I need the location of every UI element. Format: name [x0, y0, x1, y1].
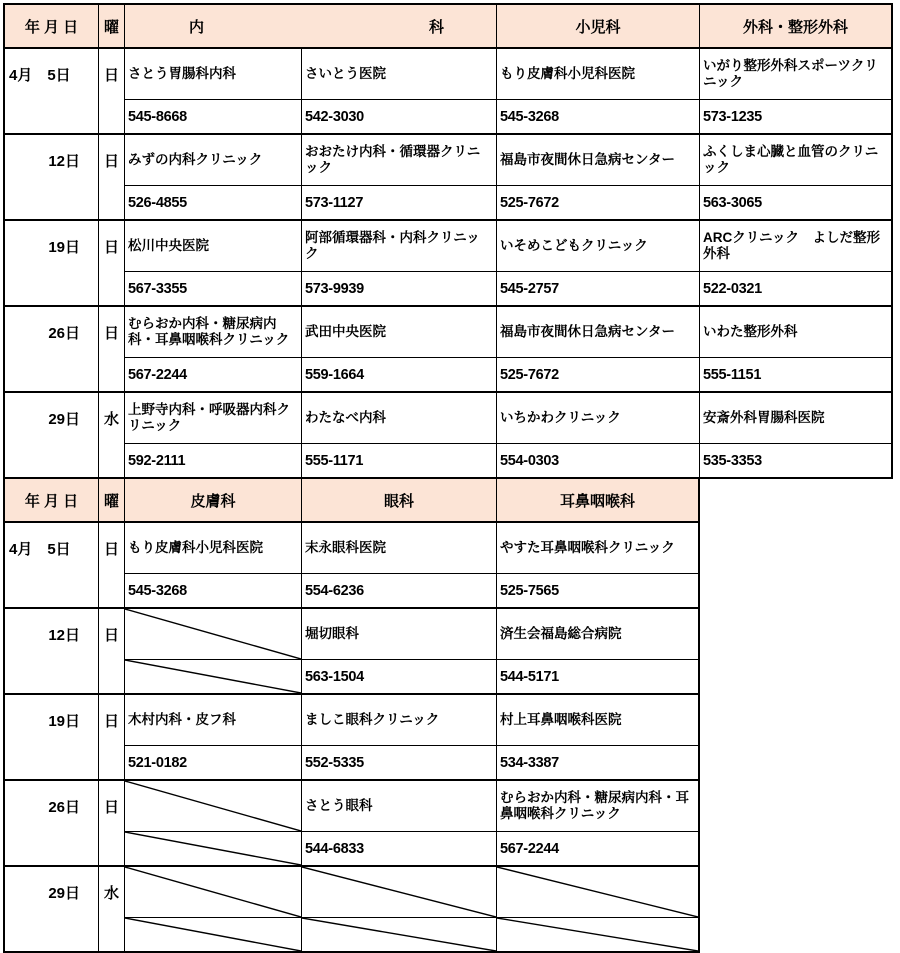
table-row-apr5: 4月 5日 日 さとう胃腸科内科 さいとう医院 もり皮膚科小児科医院 いがり整形…	[5, 49, 891, 133]
table2-header-row: 年 月 日 曜 皮膚科 眼科 耳鼻咽喉科	[5, 479, 698, 523]
clinic-phone-cell: 545-3268	[124, 573, 301, 607]
clinic-name-cell: おおたけ内科・循環器クリニック	[301, 135, 496, 185]
holiday-duty-doctor-schedule-page: 年 月 日 曜 内 科 小児科 外科・整形外科 4月 5日 日 さとう胃腸科内科…	[0, 0, 900, 932]
clinic-phone-cell: 592-2111	[124, 443, 301, 477]
clinic-phone-cell: 567-2244	[124, 357, 301, 391]
clinic-phone-cell: 563-3065	[699, 185, 891, 219]
clinic-phone-cell: 573-9939	[301, 271, 496, 305]
table-row-apr5: 4月 5日 日 もり皮膚科小児科医院 末永眼科医院 やすた耳鼻咽喉科クリニック …	[5, 523, 698, 607]
day-cell: 日	[98, 523, 124, 607]
clinic-phone-cell: 563-1504	[301, 659, 496, 693]
clinic-name-cell: いがり整形外科スポーツクリニック	[699, 49, 891, 99]
date-cell: 26日	[5, 781, 98, 865]
header-internal-medicine-left-char: 内	[189, 16, 204, 37]
clinic-phone-cell: 545-3268	[496, 99, 699, 133]
clinic-phone-cell: 522-0321	[699, 271, 891, 305]
empty-cell	[124, 917, 301, 951]
empty-cell	[124, 659, 301, 693]
date-cell: 4月 5日	[5, 523, 98, 607]
clinic-name-cell: 木村内科・皮フ科	[124, 695, 301, 745]
clinic-phone-cell: 534-3387	[496, 745, 698, 779]
header-internal-medicine-right-char: 科	[429, 16, 444, 37]
empty-cell	[496, 917, 698, 951]
date-cell: 19日	[5, 695, 98, 779]
empty-cell-slash	[125, 867, 301, 917]
header-internal-medicine: 内 科	[124, 5, 496, 47]
date-cell: 26日	[5, 307, 98, 391]
table-row-apr29: 29日 水 上野寺内科・呼吸器内科クリニック わたなべ内科 いちかわクリニック …	[5, 391, 891, 477]
clinic-name-cell: さいとう医院	[301, 49, 496, 99]
empty-cell	[124, 781, 301, 831]
header-date: 年 月 日	[5, 5, 98, 47]
table1-header-row: 年 月 日 曜 内 科 小児科 外科・整形外科	[5, 5, 891, 49]
clinic-name-cell: 安斎外科胃腸科医院	[699, 393, 891, 443]
clinic-phone-cell: 525-7565	[496, 573, 698, 607]
clinic-phone-cell: 525-7672	[496, 185, 699, 219]
clinic-name-cell: 武田中央医院	[301, 307, 496, 357]
header-day-of-week: 曜	[98, 479, 124, 521]
empty-cell	[301, 917, 496, 951]
table-row-apr29: 29日 水	[5, 865, 698, 951]
clinic-phone-cell: 544-6833	[301, 831, 496, 865]
clinic-name-cell: 末永眼科医院	[301, 523, 496, 573]
clinic-phone-cell: 542-3030	[301, 99, 496, 133]
clinic-name-cell: ARCクリニック よしだ整形外科	[699, 221, 891, 271]
clinic-phone-cell: 554-0303	[496, 443, 699, 477]
clinic-name-cell: むらおか内科・糖尿病内科・耳鼻咽喉科クリニック	[124, 307, 301, 357]
clinic-name-cell: ふくしま心臓と血管のクリニック	[699, 135, 891, 185]
day-cell: 日	[98, 609, 124, 693]
date-cell: 19日	[5, 221, 98, 305]
clinic-name-cell: 済生会福島総合病院	[496, 609, 698, 659]
empty-cell	[124, 867, 301, 917]
clinic-phone-cell: 544-5171	[496, 659, 698, 693]
clinic-name-cell: さとう胃腸科内科	[124, 49, 301, 99]
empty-cell-slash	[497, 918, 698, 951]
clinic-phone-cell: 554-6236	[301, 573, 496, 607]
empty-cell-slash	[302, 918, 496, 951]
date-cell: 12日	[5, 609, 98, 693]
clinic-name-cell: 松川中央医院	[124, 221, 301, 271]
clinic-name-cell: 福島市夜間休日急病センター	[496, 307, 699, 357]
clinic-name-cell: 村上耳鼻咽喉科医院	[496, 695, 698, 745]
clinic-name-cell: さとう眼科	[301, 781, 496, 831]
empty-cell-slash	[497, 867, 698, 917]
day-cell: 日	[98, 781, 124, 865]
empty-cell	[496, 867, 698, 917]
table-row-apr19: 19日 日 松川中央医院 阿部循環器科・内科クリニック いそめこどもクリニック …	[5, 219, 891, 305]
clinic-phone-cell: 526-4855	[124, 185, 301, 219]
clinic-name-cell: もり皮膚科小児科医院	[124, 523, 301, 573]
clinic-name-cell: 堀切眼科	[301, 609, 496, 659]
clinic-name-cell: ましこ眼科クリニック	[301, 695, 496, 745]
clinic-name-cell: 上野寺内科・呼吸器内科クリニック	[124, 393, 301, 443]
clinic-phone-cell: 559-1664	[301, 357, 496, 391]
header-surgery-orthopedics: 外科・整形外科	[699, 5, 891, 47]
header-ophthalmology: 眼科	[301, 479, 496, 521]
table-row-apr12: 12日 日 みずの内科クリニック おおたけ内科・循環器クリニック 福島市夜間休日…	[5, 133, 891, 219]
header-day-of-week: 曜	[98, 5, 124, 47]
date-cell: 29日	[5, 393, 98, 477]
clinic-phone-cell: 545-2757	[496, 271, 699, 305]
day-cell: 日	[98, 49, 124, 133]
empty-cell-slash	[125, 918, 301, 951]
clinic-phone-cell: 555-1171	[301, 443, 496, 477]
day-cell: 日	[98, 135, 124, 219]
date-cell: 12日	[5, 135, 98, 219]
empty-cell-slash	[125, 660, 301, 693]
clinic-phone-cell: 555-1151	[699, 357, 891, 391]
clinic-name-cell: 阿部循環器科・内科クリニック	[301, 221, 496, 271]
header-dermatology: 皮膚科	[124, 479, 301, 521]
clinic-name-cell: むらおか内科・糖尿病内科・耳鼻咽喉科クリニック	[496, 781, 698, 831]
clinic-name-cell: もり皮膚科小児科医院	[496, 49, 699, 99]
day-cell: 日	[98, 307, 124, 391]
clinic-phone-cell: 545-8668	[124, 99, 301, 133]
empty-cell-slash	[125, 609, 301, 659]
day-cell: 水	[98, 867, 124, 951]
day-cell: 水	[98, 393, 124, 477]
empty-cell	[124, 831, 301, 865]
clinic-phone-cell: 567-2244	[496, 831, 698, 865]
table-row-apr26: 26日 日 さとう眼科 むらおか内科・糖尿病内科・耳鼻咽喉科クリニック 544-…	[5, 779, 698, 865]
date-cell: 4月 5日	[5, 49, 98, 133]
clinic-phone-cell: 525-7672	[496, 357, 699, 391]
clinic-name-cell: いわた整形外科	[699, 307, 891, 357]
clinic-name-cell: みずの内科クリニック	[124, 135, 301, 185]
header-ent: 耳鼻咽喉科	[496, 479, 698, 521]
clinic-name-cell: 福島市夜間休日急病センター	[496, 135, 699, 185]
clinic-phone-cell: 552-5335	[301, 745, 496, 779]
clinic-phone-cell: 573-1235	[699, 99, 891, 133]
duty-table-derm-eye-ent: 年 月 日 曜 皮膚科 眼科 耳鼻咽喉科 4月 5日 日 もり皮膚科小児科医院 …	[3, 479, 700, 953]
empty-cell-slash	[302, 867, 496, 917]
table-row-apr26: 26日 日 むらおか内科・糖尿病内科・耳鼻咽喉科クリニック 武田中央医院 福島市…	[5, 305, 891, 391]
empty-cell-slash	[125, 832, 301, 865]
table-row-apr12: 12日 日 堀切眼科 済生会福島総合病院 563-1504 544-5171	[5, 607, 698, 693]
clinic-name-cell: いちかわクリニック	[496, 393, 699, 443]
clinic-phone-cell: 567-3355	[124, 271, 301, 305]
duty-table-main: 年 月 日 曜 内 科 小児科 外科・整形外科 4月 5日 日 さとう胃腸科内科…	[3, 3, 893, 479]
clinic-phone-cell: 521-0182	[124, 745, 301, 779]
clinic-name-cell: やすた耳鼻咽喉科クリニック	[496, 523, 698, 573]
header-pediatrics: 小児科	[496, 5, 699, 47]
empty-cell	[301, 867, 496, 917]
table-row-apr19: 19日 日 木村内科・皮フ科 ましこ眼科クリニック 村上耳鼻咽喉科医院 521-…	[5, 693, 698, 779]
clinic-name-cell: わたなべ内科	[301, 393, 496, 443]
clinic-name-cell: いそめこどもクリニック	[496, 221, 699, 271]
day-cell: 日	[98, 221, 124, 305]
date-cell: 29日	[5, 867, 98, 951]
day-cell: 日	[98, 695, 124, 779]
header-date: 年 月 日	[5, 479, 98, 521]
empty-cell-slash	[125, 781, 301, 831]
clinic-phone-cell: 535-3353	[699, 443, 891, 477]
empty-cell	[124, 609, 301, 659]
clinic-phone-cell: 573-1127	[301, 185, 496, 219]
